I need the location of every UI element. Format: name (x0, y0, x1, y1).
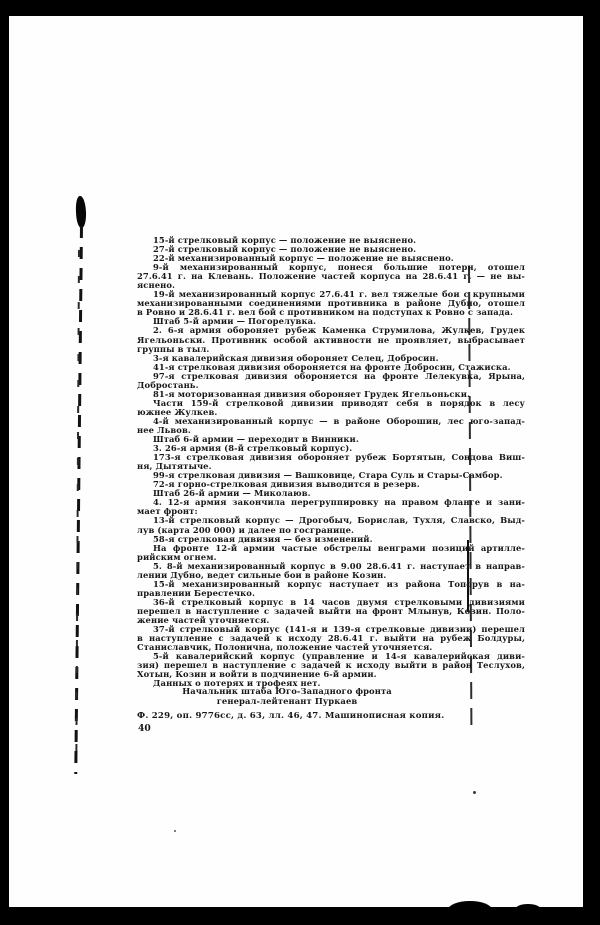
archive-reference: Ф. 229, оп. 9776сс, д. 63, лл. 46, 47. М… (137, 711, 537, 721)
signature-name: генерал-лейтенант Пуркаев (137, 696, 437, 706)
signature-block: Начальник штаба Юго-Западного фронта ген… (137, 686, 437, 706)
scan-border-top (0, 0, 600, 16)
scan-speck (174, 830, 176, 832)
text-line: 4-й механизированный корпус — в районе О… (137, 417, 525, 426)
scan-speck (473, 791, 476, 794)
signature-title: Начальник штаба Юго-Западного фронта (137, 686, 437, 696)
binding-ink-blob (75, 196, 86, 228)
scan-border-left (0, 0, 9, 925)
page-number: 40 (138, 723, 151, 734)
scanned-document-page: 15-й стрелковый корпус — положение не вы… (0, 0, 600, 925)
scan-border-bump-small (515, 904, 541, 910)
scan-border-right (583, 0, 600, 925)
scan-border-bottom (0, 907, 600, 925)
scan-border-bump (448, 901, 492, 911)
text-line: 27.6.41 г. на Клевань. Положение частей … (137, 272, 525, 281)
document-body: 15-й стрелковый корпус — положение не вы… (137, 236, 525, 688)
